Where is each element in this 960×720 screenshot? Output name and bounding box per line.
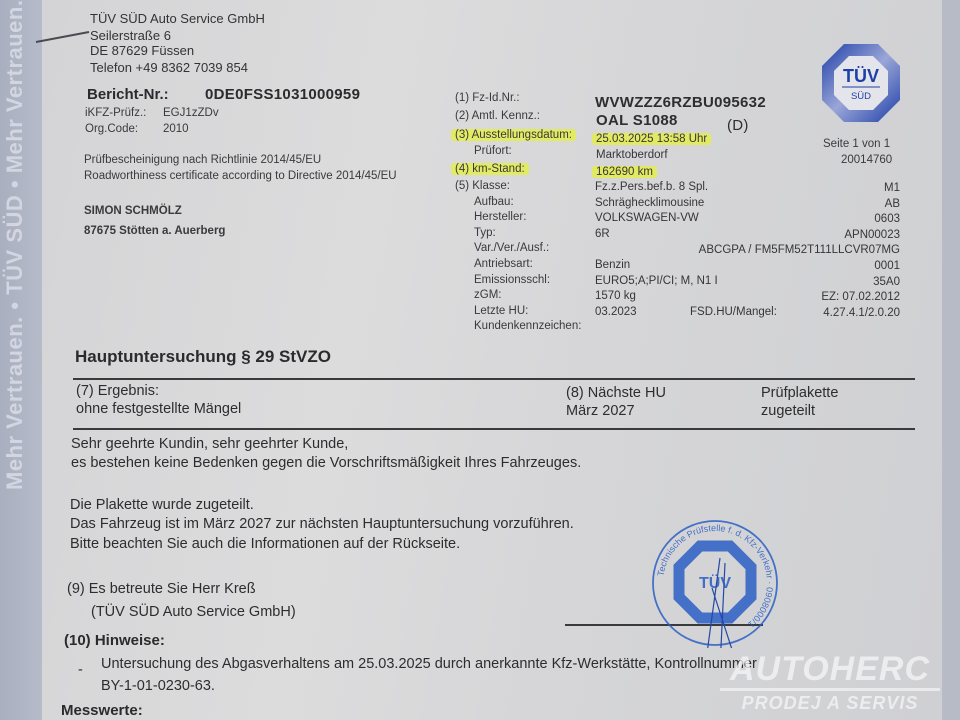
vehicle-row-value: 1570 kg bbox=[595, 290, 636, 302]
street: Seilerstraße 6 bbox=[90, 28, 171, 43]
vehicle-row-label: Hersteller: bbox=[474, 211, 526, 223]
vehicle-row-value: EURO5;A;PI/CI; M, N1 I bbox=[595, 275, 718, 287]
vehicle-row-label: zGM: bbox=[474, 289, 501, 301]
vehicle-row-label: (5) Klasse: bbox=[455, 180, 510, 192]
ikfz-label: iKFZ-Prüfz.: bbox=[85, 107, 146, 119]
notes-title: (10) Hinweise: bbox=[64, 632, 165, 649]
issue-date-label: (3) Ausstellungsdatum: bbox=[455, 129, 576, 141]
vehicle-row-value: Benzin bbox=[595, 259, 630, 271]
pruefort-label: Prüfort: bbox=[474, 145, 512, 157]
svg-text:SÜD: SÜD bbox=[851, 91, 871, 102]
org-code-label: Org.Code: bbox=[85, 123, 138, 135]
vehicle-row-value: 03.2023 bbox=[595, 306, 637, 318]
vehicle-row-code: AB bbox=[885, 198, 900, 210]
watermark-brand: AUTOHERC bbox=[710, 652, 950, 686]
vehicle-row-code: M1 bbox=[884, 182, 900, 194]
vehicle-row-code: 0603 bbox=[874, 213, 900, 225]
vehicle-row-code: 0001 bbox=[874, 260, 900, 272]
certificate-de: Prüfbescheinigung nach Richtlinie 2014/4… bbox=[84, 154, 321, 166]
vehicle-row-label: Var./Ver./Ausf.: bbox=[474, 242, 549, 254]
pen-mark-icon bbox=[34, 28, 94, 48]
vehicle-row-label: Antriebsart: bbox=[474, 258, 533, 270]
country-code: (D) bbox=[727, 117, 749, 134]
ikfz-value: EGJ1zZDv bbox=[163, 107, 219, 119]
official-stamp-icon: Technische Prüfstelle f. d. Kfz-Verkehr … bbox=[650, 518, 780, 648]
vehicle-row-code: EZ: 07.02.2012 bbox=[821, 291, 900, 303]
inspector-line: (9) Es betreute Sie Herr Kreß bbox=[67, 581, 256, 597]
pruefort-value: Marktoberdorf bbox=[596, 149, 668, 161]
watermark-tagline: PRODEJ A SERVIS bbox=[710, 693, 950, 714]
km-value: 162690 km bbox=[596, 166, 657, 178]
vehicle-row-label: Kundenkennzeichen: bbox=[474, 320, 581, 332]
vehicle-row-code: 4.27.4.1/2.0.20 bbox=[823, 307, 900, 319]
vehicle-row-code: APN00023 bbox=[844, 229, 900, 241]
vehicle-row-code: 35A0 bbox=[873, 276, 900, 288]
fz-id-label: (1) Fz-Id.Nr.: bbox=[455, 92, 520, 104]
km-label: (4) km-Stand: bbox=[455, 163, 529, 175]
letter-line: Die Plakette wurde zugeteilt. bbox=[70, 497, 254, 513]
plakette-label: Prüfplakette bbox=[761, 385, 838, 401]
vehicle-row-value: VOLKSWAGEN-VW bbox=[595, 212, 699, 224]
letter-line: es bestehen keine Bedenken gegen die Vor… bbox=[71, 455, 581, 471]
svg-text:TÜV: TÜV bbox=[843, 66, 879, 86]
org-code-value: 2010 bbox=[163, 123, 189, 135]
document-number: 20014760 bbox=[841, 154, 892, 166]
notes-bullet: - bbox=[78, 662, 83, 678]
licence-plate: OAL S1088 bbox=[596, 112, 678, 129]
page-indicator: Seite 1 von 1 bbox=[823, 138, 890, 150]
vehicle-row-code: ABCGPA / FM5FM52T111LLCVR07MG bbox=[699, 244, 900, 256]
watermark-divider bbox=[720, 688, 940, 691]
report-label: Bericht-Nr.: bbox=[87, 86, 169, 103]
next-hu-value: März 2027 bbox=[566, 403, 635, 419]
customer-city: 87675 Stötten a. Auerberg bbox=[84, 225, 225, 237]
result-label: (7) Ergebnis: bbox=[76, 383, 159, 399]
result-value: ohne festgestellte Mängel bbox=[76, 401, 241, 417]
vehicle-row-mid-label: FSD.HU/Mangel: bbox=[690, 306, 777, 318]
issue-date: 25.03.2025 13:58 Uhr bbox=[596, 133, 711, 145]
right-edge bbox=[942, 0, 960, 720]
notes-line: Untersuchung des Abgasverhaltens am 25.0… bbox=[101, 656, 757, 672]
vehicle-row-label: Aufbau: bbox=[474, 196, 514, 208]
plakette-value: zugeteilt bbox=[761, 403, 815, 419]
vin: WVWZZZ6RZBU095632 bbox=[595, 94, 766, 111]
letter-line: Das Fahrzeug ist im März 2027 zur nächst… bbox=[70, 516, 574, 532]
messwerte-label: Messwerte: bbox=[61, 702, 143, 719]
margin-watermark: Mehr Vertrauen. • TÜV SÜD • Mehr Vertrau… bbox=[2, 0, 40, 720]
inspector-company: (TÜV SÜD Auto Service GmbH) bbox=[91, 604, 296, 620]
vehicle-row-value: Fz.z.Pers.bef.b. 8 Spl. bbox=[595, 181, 708, 193]
letter-line: Bitte beachten Sie auch die Informatione… bbox=[70, 536, 460, 552]
vehicle-row-label: Emissionsschl: bbox=[474, 274, 550, 286]
inspection-title: Hauptuntersuchung § 29 StVZO bbox=[75, 347, 331, 367]
phone: Telefon +49 8362 7039 854 bbox=[90, 60, 248, 75]
vehicle-row-value: Schräghecklimousine bbox=[595, 197, 704, 209]
letter-line: Sehr geehrte Kundin, sehr geehrter Kunde… bbox=[71, 436, 348, 452]
vehicle-row-label: Typ: bbox=[474, 227, 496, 239]
notes-line: BY-1-01-0230-63. bbox=[101, 678, 215, 694]
divider bbox=[73, 378, 915, 380]
vehicle-row-label: Letzte HU: bbox=[474, 305, 528, 317]
city: DE 87629 Füssen bbox=[90, 43, 194, 58]
plate-label: (2) Amtl. Kennz.: bbox=[455, 110, 540, 122]
customer-name: SIMON SCHMÖLZ bbox=[84, 205, 182, 217]
next-hu-label: (8) Nächste HU bbox=[566, 385, 666, 401]
divider bbox=[73, 428, 915, 430]
company-name: TÜV SÜD Auto Service GmbH bbox=[90, 11, 265, 26]
certificate-en: Roadworthiness certificate according to … bbox=[84, 170, 397, 182]
dealer-watermark: AUTOHERC PRODEJ A SERVIS bbox=[710, 652, 950, 714]
report-number: 0DE0FSS1031000959 bbox=[205, 86, 360, 103]
left-margin-strip: Mehr Vertrauen. • TÜV SÜD • Mehr Vertrau… bbox=[0, 0, 42, 720]
vehicle-row-value: 6R bbox=[595, 228, 610, 240]
tuv-sud-logo-icon: TÜV SÜD bbox=[820, 42, 902, 124]
